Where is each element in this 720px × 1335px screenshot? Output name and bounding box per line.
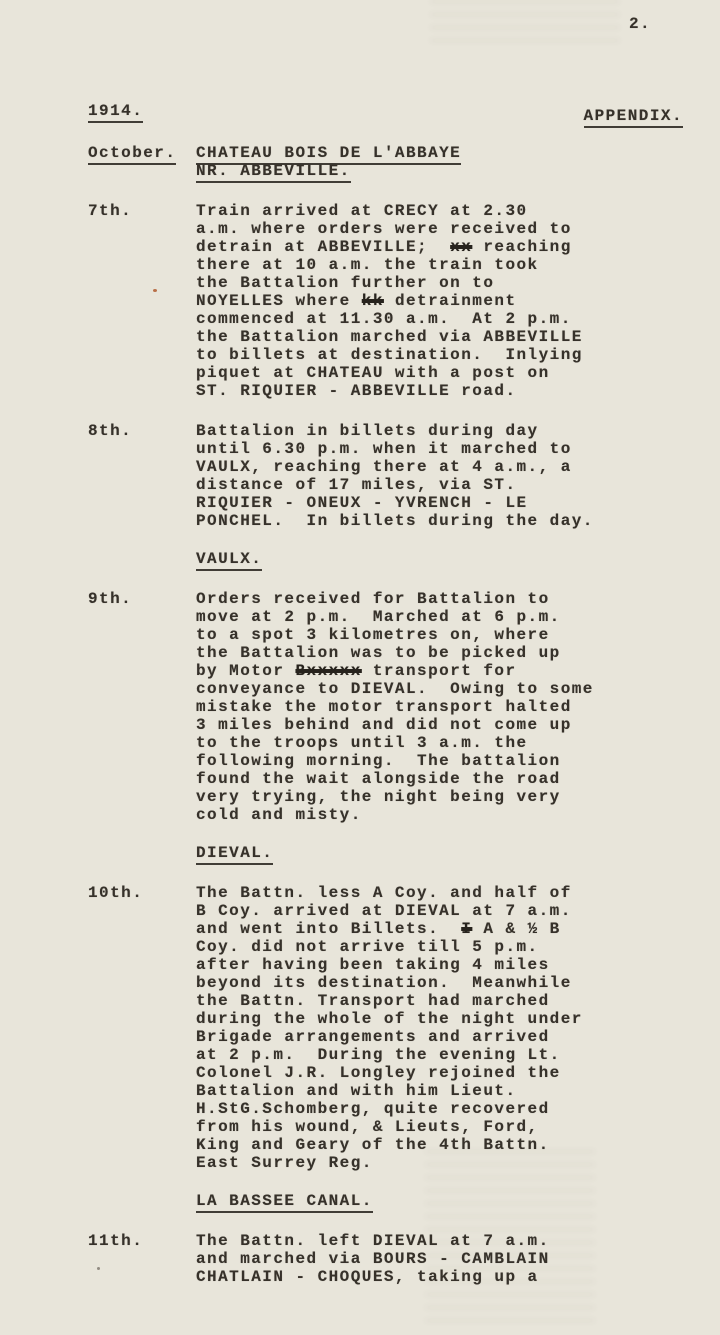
heading-line: DIEVAL. bbox=[196, 844, 273, 862]
struck-out-text: Bxxxxx bbox=[295, 662, 361, 680]
entry-text: Train arrived at CRECY at 2.30a.m. where… bbox=[196, 202, 583, 400]
location-heading: LA BASSEE CANAL. bbox=[196, 1192, 373, 1210]
entry-line: there at 10 a.m. the train took bbox=[196, 256, 583, 274]
entry-line: found the wait alongside the road bbox=[196, 770, 594, 788]
entry-line: VAULX, reaching there at 4 a.m., a bbox=[196, 458, 594, 476]
heading-row: October.CHATEAU BOIS DE L'ABBAYENR. ABBE… bbox=[88, 144, 704, 180]
diary-content: October.CHATEAU BOIS DE L'ABBAYENR. ABBE… bbox=[88, 144, 704, 1286]
heading-underlined-text: NR. ABBEVILLE. bbox=[196, 162, 351, 183]
entry-line: cold and misty. bbox=[196, 806, 594, 824]
diary-entry: 11th.The Battn. left DIEVAL at 7 a.m.and… bbox=[88, 1232, 704, 1286]
entry-text: Battalion in billets during dayuntil 6.3… bbox=[196, 422, 594, 530]
diary-entry: 9th.Orders received for Battalion tomove… bbox=[88, 590, 704, 824]
diary-entry: 8th.Battalion in billets during dayuntil… bbox=[88, 422, 704, 530]
entry-line: and marched via BOURS - CAMBLAIN bbox=[196, 1250, 550, 1268]
entry-line: the Battalion marched via ABBEVILLE bbox=[196, 328, 583, 346]
heading-line: CHATEAU BOIS DE L'ABBAYE bbox=[196, 144, 461, 162]
entry-line: and went into Billets. I A & ½ B bbox=[196, 920, 583, 938]
entry-line: the Battalion further on to bbox=[196, 274, 583, 292]
entry-line: Brigade arrangements and arrived bbox=[196, 1028, 583, 1046]
heading-row: VAULX. bbox=[88, 550, 704, 568]
entry-line: beyond its destination. Meanwhile bbox=[196, 974, 583, 992]
entry-line: at 2 p.m. During the evening Lt. bbox=[196, 1046, 583, 1064]
date-label: 10th. bbox=[88, 884, 196, 902]
entry-line: by Motor Bxxxxx transport for bbox=[196, 662, 594, 680]
date-label: October. bbox=[88, 144, 196, 162]
date-label: 7th. bbox=[88, 202, 196, 220]
entry-line: B Coy. arrived at DIEVAL at 7 a.m. bbox=[196, 902, 583, 920]
entry-line: following morning. The battalion bbox=[196, 752, 594, 770]
entry-line: PONCHEL. In billets during the day. bbox=[196, 512, 594, 530]
entry-line: a.m. where orders were received to bbox=[196, 220, 583, 238]
entry-line: The Battn. left DIEVAL at 7 a.m. bbox=[196, 1232, 550, 1250]
heading-underlined-text: LA BASSEE CANAL. bbox=[196, 1192, 373, 1213]
struck-out-text: I bbox=[461, 920, 472, 938]
scanned-diary-page: 2. 1914. APPENDIX. October.CHATEAU BOIS … bbox=[0, 0, 720, 1335]
paper-fleck bbox=[153, 289, 157, 292]
entry-line: Battalion in billets during day bbox=[196, 422, 594, 440]
date-label: 9th. bbox=[88, 590, 196, 608]
entry-line: East Surrey Reg. bbox=[196, 1154, 583, 1172]
entry-text: Orders received for Battalion tomove at … bbox=[196, 590, 594, 824]
entry-line: Train arrived at CRECY at 2.30 bbox=[196, 202, 583, 220]
diary-entry: 10th.The Battn. less A Coy. and half ofB… bbox=[88, 884, 704, 1172]
entry-line: 3 miles behind and did not come up bbox=[196, 716, 594, 734]
entry-line: ST. RIQUIER - ABBEVILLE road. bbox=[196, 382, 583, 400]
entry-line: Colonel J.R. Longley rejoined the bbox=[196, 1064, 583, 1082]
entry-line: move at 2 p.m. Marched at 6 p.m. bbox=[196, 608, 594, 626]
entry-text: The Battn. less A Coy. and half ofB Coy.… bbox=[196, 884, 583, 1172]
heading-line: VAULX. bbox=[196, 550, 262, 568]
entry-line: to the troops until 3 a.m. the bbox=[196, 734, 594, 752]
entry-line: RIQUIER - ONEUX - YVRENCH - LE bbox=[196, 494, 594, 512]
entry-line: CHATLAIN - CHOQUES, taking up a bbox=[196, 1268, 550, 1286]
diary-entry: 7th.Train arrived at CRECY at 2.30a.m. w… bbox=[88, 202, 704, 400]
entry-line: conveyance to DIEVAL. Owing to some bbox=[196, 680, 594, 698]
entry-line: from his wound, & Lieuts, Ford, bbox=[196, 1118, 583, 1136]
entry-line: commenced at 11.30 a.m. At 2 p.m. bbox=[196, 310, 583, 328]
entry-line: NOYELLES where kk detrainment bbox=[196, 292, 583, 310]
entry-text: The Battn. left DIEVAL at 7 a.m.and marc… bbox=[196, 1232, 550, 1286]
page-header: 1914. APPENDIX. bbox=[88, 102, 683, 128]
heading-underlined-text: VAULX. bbox=[196, 550, 262, 571]
struck-out-text: xx bbox=[450, 238, 472, 256]
entry-line: Coy. did not arrive till 5 p.m. bbox=[196, 938, 583, 956]
year-label: 1914. bbox=[88, 102, 143, 123]
heading-row: DIEVAL. bbox=[88, 844, 704, 862]
entry-line: the Battn. Transport had marched bbox=[196, 992, 583, 1010]
entry-line: distance of 17 miles, via ST. bbox=[196, 476, 594, 494]
date-label: 8th. bbox=[88, 422, 196, 440]
date-label: 11th. bbox=[88, 1232, 196, 1250]
entry-line: King and Geary of the 4th Battn. bbox=[196, 1136, 583, 1154]
entry-line: The Battn. less A Coy. and half of bbox=[196, 884, 583, 902]
page-number: 2. bbox=[629, 15, 651, 33]
entry-line: the Battalion was to be picked up bbox=[196, 644, 594, 662]
appendix-label: APPENDIX. bbox=[584, 107, 683, 128]
entry-line: during the whole of the night under bbox=[196, 1010, 583, 1028]
entry-line: very trying, the night being very bbox=[196, 788, 594, 806]
entry-line: Orders received for Battalion to bbox=[196, 590, 594, 608]
entry-line: after having been taking 4 miles bbox=[196, 956, 583, 974]
location-heading: CHATEAU BOIS DE L'ABBAYENR. ABBEVILLE. bbox=[196, 144, 461, 180]
ink-dot bbox=[97, 1267, 100, 1270]
heading-underlined-text: DIEVAL. bbox=[196, 844, 273, 865]
location-heading: VAULX. bbox=[196, 550, 262, 568]
entry-line: Battalion and with him Lieut. bbox=[196, 1082, 583, 1100]
location-heading: DIEVAL. bbox=[196, 844, 273, 862]
page-showthrough-smudge bbox=[430, 0, 620, 50]
heading-line: LA BASSEE CANAL. bbox=[196, 1192, 373, 1210]
entry-line: piquet at CHATEAU with a post on bbox=[196, 364, 583, 382]
struck-out-text: kk bbox=[362, 292, 384, 310]
entry-line: until 6.30 p.m. when it marched to bbox=[196, 440, 594, 458]
month-label: October. bbox=[88, 144, 176, 165]
entry-line: to billets at destination. Inlying bbox=[196, 346, 583, 364]
heading-row: LA BASSEE CANAL. bbox=[88, 1192, 704, 1210]
entry-line: mistake the motor transport halted bbox=[196, 698, 594, 716]
entry-line: to a spot 3 kilometres on, where bbox=[196, 626, 594, 644]
entry-line: detrain at ABBEVILLE; xx reaching bbox=[196, 238, 583, 256]
entry-line: H.StG.Schomberg, quite recovered bbox=[196, 1100, 583, 1118]
